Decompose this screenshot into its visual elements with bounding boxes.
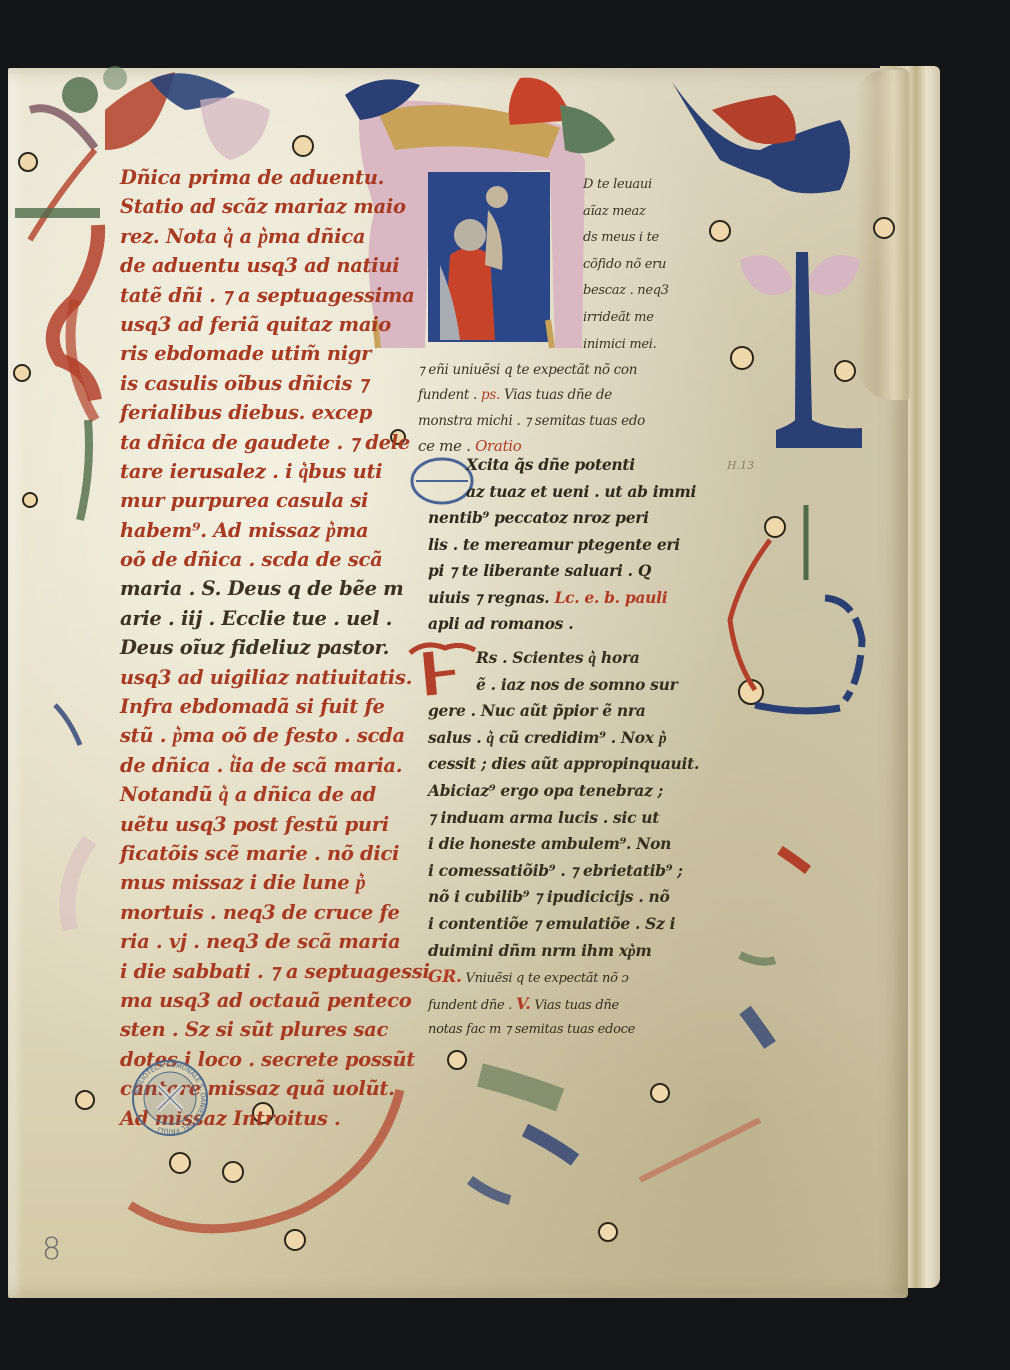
text-line: de dñica . t͛ia de scã maria.: [120, 751, 390, 780]
text-line: de aduentu usq3 ad natiui: [120, 251, 390, 280]
right-column-introit: D te leuaui aĩaz meaz ds meus i te cõfid…: [583, 172, 693, 358]
text-line: arie . iij . Ecclie tue . uel .: [120, 604, 390, 633]
text-line: ⁊ induam arma lucis . sic ut: [428, 805, 703, 832]
text-segment: Vias tuas dñe: [531, 998, 619, 1013]
right-column-oratio: Xcita q̃s dñe potenti az tuaz et ueni . …: [428, 452, 693, 638]
text-line: mus missaz i die lune p͛: [120, 868, 390, 897]
text-line: sten . Sz si sũt plures sac: [120, 1015, 390, 1044]
text-line: Rs . Scientes q͛ hora: [428, 645, 703, 672]
text-line: ma usq3 ad octauã penteco: [120, 986, 390, 1015]
text-line: D te leuaui: [583, 172, 693, 199]
right-column-psalm: ⁊ eñi uniuẽsi q te expectãt nõ con funde…: [418, 358, 698, 459]
text-line: az tuaz et ueni . ut ab immi: [428, 479, 693, 506]
text-line: Infra ebdomadã si fuit fe: [120, 692, 390, 721]
text-segment: fundent .: [418, 387, 477, 403]
text-line: fundent dñe . V. Vias tuas dñe: [428, 991, 703, 1018]
text-line: i comessatiõib⁹ . ⁊ ebrietatib⁹ ;: [428, 858, 703, 885]
page-curl-shadow: [855, 70, 910, 400]
left-text-column: Dñica prima de aduentu. Statio ad scãz m…: [120, 163, 390, 1133]
text-line: tatẽ dñi . ⁊ a septuagessima: [120, 281, 390, 310]
text-line: Xcita q̃s dñe potenti: [428, 452, 693, 479]
text-segment: Vias tuas dñe de: [500, 387, 612, 403]
text-line: duimini dñm nrm ihm xp͛m: [428, 938, 703, 965]
text-line: gere . Nuc aũt p̃pior ẽ nra: [428, 698, 703, 725]
text-line: Deus oĩuz fideliuz pastor.: [120, 633, 390, 662]
text-line: ⁊ eñi uniuẽsi q te expectãt nõ con: [418, 358, 698, 383]
text-segment: uiuis ⁊ regnas.: [428, 588, 549, 607]
text-line: uiuis ⁊ regnas. Lc. e. b. pauli: [428, 585, 693, 612]
text-line: rez. Nota q͛ a p͛ma dñica: [120, 222, 390, 251]
text-line: irrideãt me: [583, 305, 693, 332]
text-line: oõ de dñica . scda de scã: [120, 545, 390, 574]
text-line: Dñica prima de aduentu.: [120, 163, 390, 192]
text-line: ẽ . iaz nos de somno sur: [428, 672, 703, 699]
text-line: stũ . p͛ma oõ de festo . scda: [120, 721, 390, 750]
text-line: mur purpurea casula si: [120, 486, 390, 515]
library-stamp-cross-icon: BIBLIOTECA COMUNALE S. DANIELE DEL FRIUL…: [130, 1058, 210, 1138]
text-line: ta dñica de gaudete . ⁊ dele: [120, 428, 390, 457]
rubric-label: ps.: [481, 387, 500, 403]
text-line: Abiciaz⁹ ergo opa tenebraz ;: [428, 778, 703, 805]
text-segment: Vniuẽsi q te expectãt nõ ɔ: [462, 971, 629, 986]
text-line: Statio ad scãz mariaz maio: [120, 192, 390, 221]
right-column-lectio: Rs . Scientes q͛ hora ẽ . iaz nos de som…: [428, 645, 703, 1044]
text-line: i die sabbati . ⁊ a septuagessi: [120, 957, 390, 986]
text-line: lis . te mereamur ptegente eri: [428, 532, 693, 559]
text-line: pi ⁊ te liberante saluari . Q: [428, 558, 693, 585]
text-segment: monstra michi . ⁊ semitas tuas edo: [418, 413, 645, 429]
text-line: ferialibus diebus. excep: [120, 398, 390, 427]
rubric-label: GR.: [428, 967, 462, 987]
text-line: ds meus i te: [583, 225, 693, 252]
text-line: aĩaz meaz: [583, 199, 693, 226]
text-line: monstra michi . ⁊ semitas tuas edo: [418, 409, 698, 434]
text-line: cessit ; dies aũt appropinquauit.: [428, 751, 703, 778]
text-line: bescaz . neq3: [583, 278, 693, 305]
manuscript-scan: Dñica prima de aduentu. Statio ad scãz m…: [0, 0, 1010, 1370]
text-line: inimici mei.: [583, 332, 693, 359]
marginal-shelfmark-note: H.13: [727, 459, 754, 472]
text-line: Notandũ q͛ a dñica de ad: [120, 780, 390, 809]
text-line: nõ i cubilib⁹ ⁊ ipudicicijs . nõ: [428, 884, 703, 911]
rubric-line: apli ad romanos .: [428, 611, 693, 638]
text-line: mortuis . neq3 de cruce fe: [120, 898, 390, 927]
text-line: salus . q͛ cũ credidim⁹ . Nox p͛: [428, 725, 703, 752]
rubric-label: Lc. e. b. pauli: [554, 588, 667, 607]
text-line: i die honeste ambulem⁹. Non: [428, 831, 703, 858]
text-line: ria . vj . neq3 de scã maria: [120, 927, 390, 956]
text-line: fundent . ps. Vias tuas dñe de: [418, 383, 698, 408]
rubric-label: V.: [516, 994, 531, 1013]
text-line: usq3 ad uigiliaz natiuitatis.: [120, 663, 390, 692]
text-line: habem⁹. Ad missaz p͛ma: [120, 516, 390, 545]
text-line: cõfido nõ eru: [583, 252, 693, 279]
text-line: ris ebdomade utim̃ nigr: [120, 339, 390, 368]
text-segment: ⁊ eñi uniuẽsi q te expectãt nõ con: [418, 362, 637, 378]
folio-number: 8: [42, 1232, 61, 1267]
text-line: notas fac m ⁊ semitas tuas edoce: [428, 1017, 703, 1044]
text-line: nentib⁹ peccatoz nroz peri: [428, 505, 693, 532]
text-line: is casulis oĩbus dñicis ⁊: [120, 369, 390, 398]
text-segment: fundent dñe .: [428, 998, 512, 1013]
text-line: ficatõis scẽ marie . nõ dici: [120, 839, 390, 868]
text-line: maria . S. Deus q de bẽe m: [120, 574, 390, 603]
text-line: i contentiõe ⁊ emulatiõe . Sz i: [428, 911, 703, 938]
text-line: usq3 ad feriã quitaz maio: [120, 310, 390, 339]
text-line: tare ierusalez . i q͛bus uti: [120, 457, 390, 486]
text-line: uẽtu usq3 post festũ puri: [120, 810, 390, 839]
text-line: GR. Vniuẽsi q te expectãt nõ ɔ: [428, 964, 703, 991]
